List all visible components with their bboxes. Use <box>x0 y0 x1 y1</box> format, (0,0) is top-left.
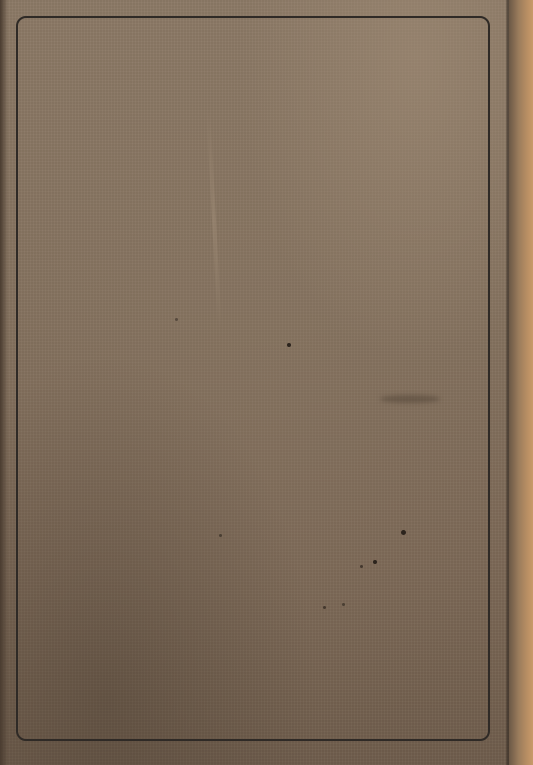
speck <box>401 530 406 535</box>
cover-left-edge <box>0 0 8 765</box>
speck <box>287 343 291 347</box>
book-cover <box>0 0 533 765</box>
speck <box>323 606 326 609</box>
speck <box>373 560 377 564</box>
book-spine-edge <box>509 0 533 765</box>
speck <box>342 603 345 606</box>
ruled-border-frame <box>16 16 490 741</box>
speck <box>360 565 363 568</box>
speck <box>175 318 178 321</box>
speck <box>219 534 222 537</box>
